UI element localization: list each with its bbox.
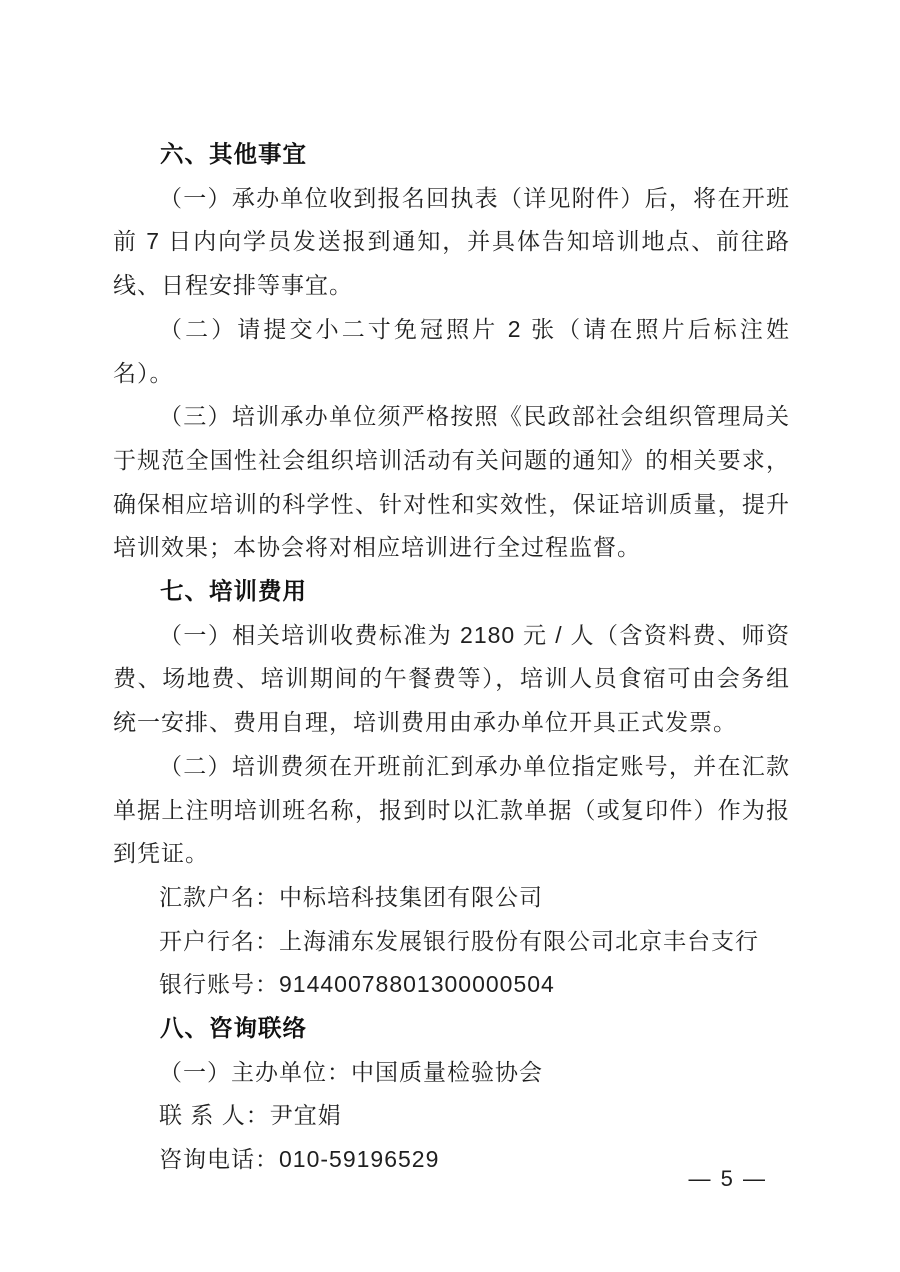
paragraph: （二）请提交小二寸免冠照片 2 张（请在照片后标注姓名）。 [113, 308, 790, 395]
section-heading: 七、培训费用 [113, 570, 790, 614]
section-training-fees: 七、培训费用 （一）相关培训收费标准为 2180 元 / 人（含资料费、师资费、… [113, 570, 790, 1007]
section-heading: 六、其他事宜 [113, 133, 790, 177]
organizer-line: （一）主办单位：中国质量检验协会 [113, 1051, 790, 1095]
paragraph: （三）培训承办单位须严格按照《民政部社会组织管理局关于规范全国性社会组织培训活动… [113, 395, 790, 570]
paragraph: （一）相关培训收费标准为 2180 元 / 人（含资料费、师资费、场地费、培训期… [113, 614, 790, 745]
document-page: 六、其他事宜 （一）承办单位收到报名回执表（详见附件）后，将在开班前 7 日内向… [0, 0, 900, 1272]
paragraph: （二）培训费须在开班前汇到承办单位指定账号，并在汇款单据上注明培训班名称，报到时… [113, 745, 790, 876]
section-heading: 八、咨询联络 [113, 1007, 790, 1051]
section-other-matters: 六、其他事宜 （一）承办单位收到报名回执表（详见附件）后，将在开班前 7 日内向… [113, 133, 790, 570]
page-number: — 5 — [689, 1166, 767, 1192]
bank-account-number: 银行账号：91440078801300000504 [113, 963, 790, 1007]
section-contact: 八、咨询联络 （一）主办单位：中国质量检验协会 联 系 人：尹宜娟 咨询电话：0… [113, 1007, 790, 1182]
document-content: 六、其他事宜 （一）承办单位收到报名回执表（详见附件）后，将在开班前 7 日内向… [113, 133, 790, 1182]
paragraph: （一）承办单位收到报名回执表（详见附件）后，将在开班前 7 日内向学员发送报到通… [113, 177, 790, 308]
bank-branch-name: 开户行名：上海浦东发展银行股份有限公司北京丰台支行 [113, 920, 790, 964]
contact-person-line: 联 系 人：尹宜娟 [113, 1094, 790, 1138]
remittance-account-name: 汇款户名：中标培科技集团有限公司 [113, 876, 790, 920]
